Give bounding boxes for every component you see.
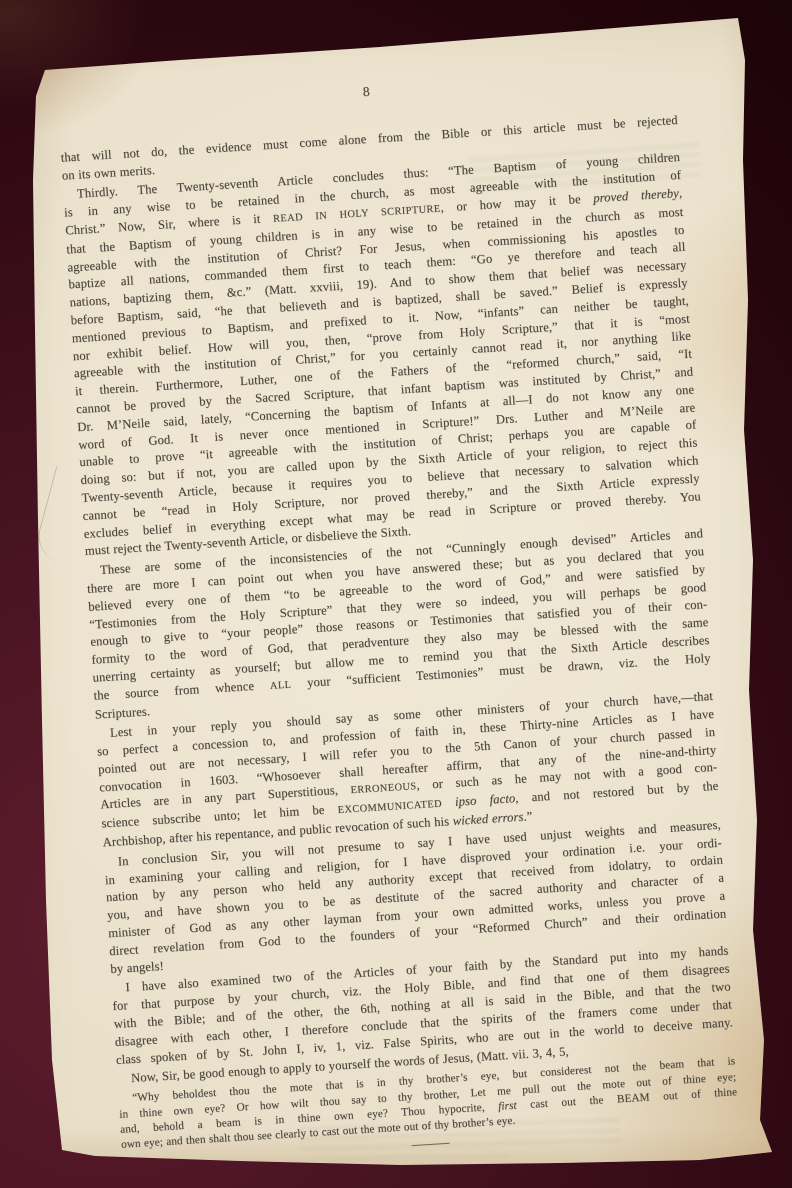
page-content: 8 that will not do, the evidence must co… [57,64,739,1164]
paragraph: Thirdly. The Twenty-seventh Article conc… [63,149,703,561]
paper-crease [33,466,83,562]
page-text: that will not do, the evidence must come… [60,112,738,1154]
page-number: 8 [57,64,675,119]
book-page: 8 that will not do, the evidence must co… [0,0,792,1188]
photo-backdrop: 8 that will not do, the evidence must co… [0,0,792,1188]
end-rule [412,1143,450,1146]
